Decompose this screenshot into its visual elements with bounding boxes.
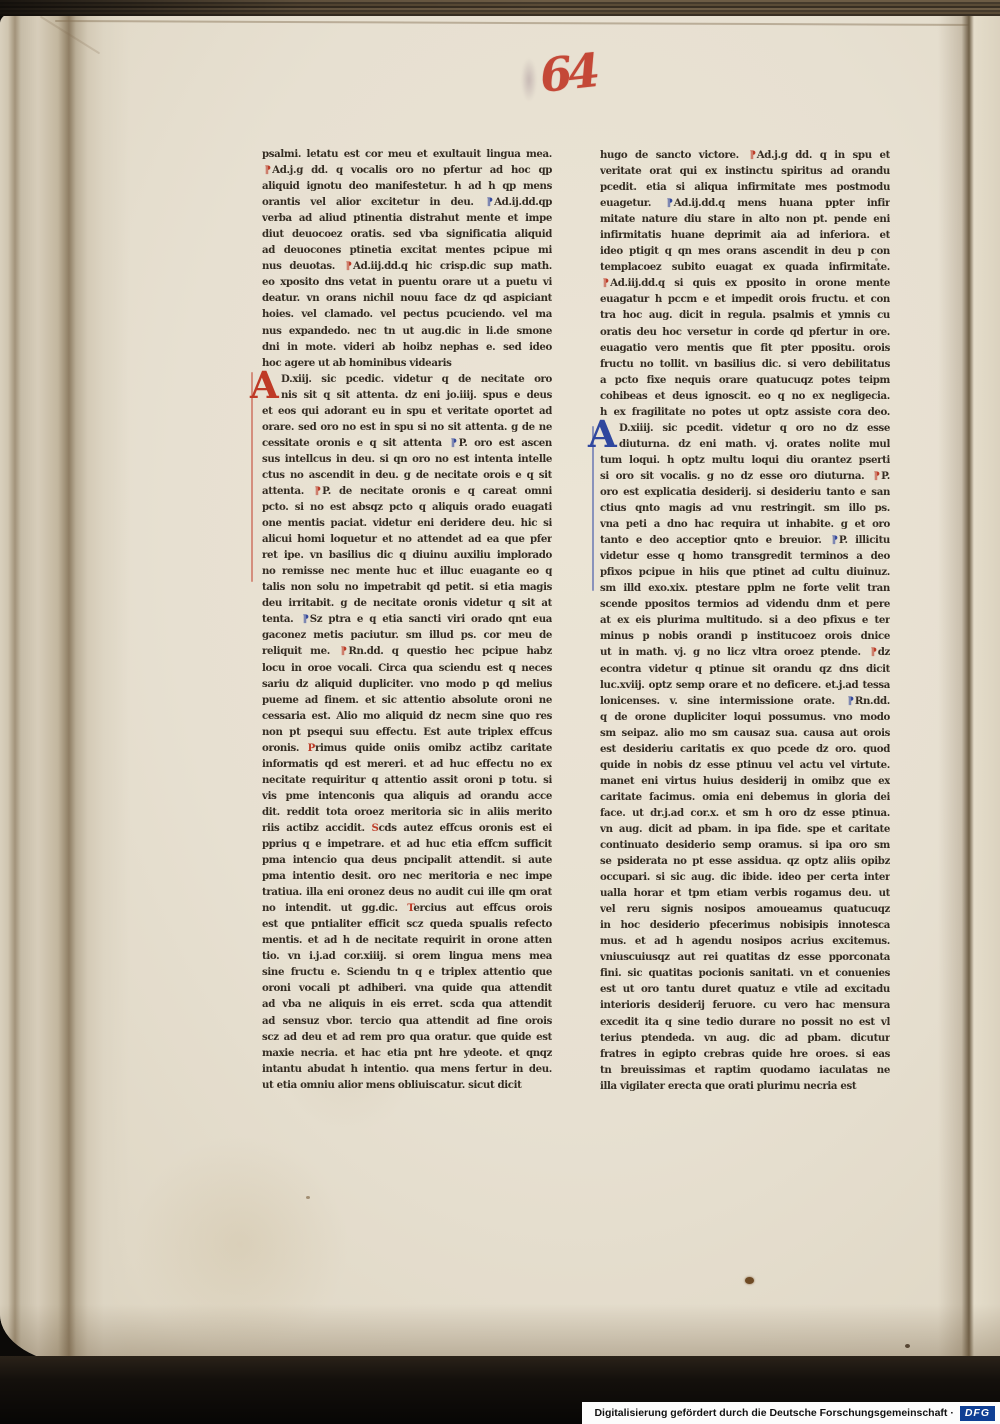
red-pilcrow-icon: ¶ — [871, 468, 881, 484]
text-line: ret ipe. vn basilius dic q diuinu auxili… — [262, 547, 552, 563]
text-line: videtur esse q homo transgredit terminos… — [600, 548, 890, 564]
text-line: scz ad deu et ad rem pro qua oratur. que… — [262, 1029, 552, 1045]
text-line: euagatur h pccm e et impedit orois fruct… — [600, 291, 890, 307]
folio-number: 64 — [537, 43, 598, 103]
text-line: veritate orat qui ex instinctu spiritus … — [600, 163, 890, 179]
text-line: ut etia omniu alior mens obliuiscatur. s… — [262, 1077, 552, 1093]
text-line: ideo ptigit q qn mes orans ascendit in d… — [600, 243, 890, 259]
text-line: attenta. ¶P. de necitate oronis e q care… — [262, 483, 552, 499]
text-line: orantis vel alior excitetur in deu. ¶Ad.… — [262, 194, 552, 210]
text-line: locu in oroe vocali. Circa qua sciendu e… — [262, 660, 552, 676]
text-line: cohibeas et deus ignoscit. eo q no ex ne… — [600, 388, 890, 404]
text-line: informatis qd est mereri. et ad huc effe… — [262, 756, 552, 772]
text-line: continuato desiderio semp oramus. si ipa… — [600, 837, 890, 853]
text-line: pcedit. etia si aliqua infirmitate mes p… — [600, 179, 890, 195]
text-line: est que pntialiter efficit scz queda spu… — [262, 916, 552, 932]
text-line: sm illd exo.xix. ptestare pplm ne forte … — [600, 580, 890, 596]
drop-cap-initial-blue: A — [588, 417, 614, 449]
text-line: no remisse nec mente huc et illuc euagan… — [262, 563, 552, 579]
text-line: deu irritabit. g de necitate oronis vide… — [262, 595, 552, 611]
text-line: sm seipaz. alio mo sm causaz sua. causa … — [600, 725, 890, 741]
text-line: hoc agere ut ab hominibus videaris — [262, 355, 552, 371]
text-line: D.xiij. sic pcedic. videtur q de necitat… — [281, 371, 552, 387]
text-line: templacoez subito euagat ex quada infirm… — [600, 259, 890, 275]
text-line: h ex fragilitate no potes ut optz assist… — [600, 404, 890, 420]
text-line: q de orone dupliciter loqui possumus. vn… — [600, 709, 890, 725]
text-line: oronis. Primus quide oniis omibz actibz … — [262, 740, 552, 756]
blue-pilcrow-icon: ¶ — [845, 693, 855, 709]
blue-pilcrow-icon: ¶ — [448, 435, 458, 451]
text-line: intantu abudat h intentio. qua mens fert… — [262, 1061, 552, 1077]
text-line: si oro sit vocalis. g no dz esse oro diu… — [600, 468, 890, 484]
text-line: vel reru signis nosipos amoueamus quatuc… — [600, 901, 890, 917]
text-line: nus deuotas. ¶Ad.iij.dd.q hic crisp.dic … — [262, 258, 552, 274]
dfg-logo: DFG — [960, 1406, 995, 1421]
text-line: excedit ita q sine tedio durare no possi… — [600, 1014, 890, 1030]
text-line: tio. vn i.j.ad cor.xiiij. si orem lingua… — [262, 948, 552, 964]
text-line: est desideriu caritatis ex quo pcede dz … — [600, 741, 890, 757]
text-line: euagatio vero mentis que fit pter pposit… — [600, 340, 890, 356]
text-line: pcto. si no est absqz pcto q aliquis ora… — [262, 499, 552, 515]
text-line: hugo de sancto victore. ¶Ad.j.g dd. q in… — [600, 147, 890, 163]
red-pilcrow-icon: ¶ — [747, 147, 757, 163]
text-line: tratiua. illa eni oronez deus no audit c… — [262, 884, 552, 900]
text-line: infirmitatis huane deprimit aia ad infer… — [600, 227, 890, 243]
text-line: pprius q e impetrare. et ad huc etia eff… — [262, 836, 552, 852]
text-line: tum loqui. h optz multu loqui diu orante… — [600, 452, 890, 468]
text-line: talis non solu no impetrabit qd petit. s… — [262, 579, 552, 595]
dfg-credit-bar: Digitalisierung gefördert durch die Deut… — [582, 1402, 1000, 1424]
text-line: econtra videtur q ptinue sit orandu qz d… — [600, 661, 890, 677]
text-line: tenta. ¶Sz ptra e q etia sancti viri ora… — [262, 611, 552, 627]
text-line: ut in math. vj. g no licz vltra oroez pt… — [600, 644, 890, 660]
text-line: ualla horar et tpm etiam verbis rogamus … — [600, 885, 890, 901]
blue-pilcrow-icon: ¶ — [300, 611, 310, 627]
text-line: occupari. si sic aug. dic ibide. ideo pe… — [600, 869, 890, 885]
text-line: et eos qui adorant eu in spu et veritate… — [262, 403, 552, 419]
text-line: D.xiiij. sic pcedit. videtur q oro no dz… — [619, 420, 890, 436]
red-pilcrow-icon: ¶ — [868, 644, 878, 660]
text-line: cessaria est. Alio mo aliquid dz necm si… — [262, 708, 552, 724]
blue-pilcrow-icon: ¶ — [829, 532, 839, 548]
text-line: tanto e deo acceptior qnto e breuior. ¶P… — [600, 532, 890, 548]
text-line: minus p nobis orandi p institucoez orois… — [600, 628, 890, 644]
foxing-spot — [306, 1196, 310, 1199]
text-line: hoies. vel clamado. vel pectus pcuciendo… — [262, 306, 552, 322]
gutter-fold-shadow — [0, 14, 130, 1364]
text-line: non pt psequi suu effectu. Est aute trip… — [262, 724, 552, 740]
text-line: gaconez metis paciutur. sm illud ps. cor… — [262, 627, 552, 643]
rubricated-letter: T — [407, 902, 413, 914]
text-line: pueme ad finem. et sic attentio absolute… — [262, 692, 552, 708]
rubricated-letter: P — [308, 742, 315, 754]
text-line: riis actibz accidit. Scds autez effcus o… — [262, 820, 552, 836]
text-line: vn aug. dicit ad pbam. in ipa fide. spe … — [600, 821, 890, 837]
foxing-spot — [905, 1344, 910, 1348]
text-line: dit. reddit tota oroez meritoria sic in … — [262, 804, 552, 820]
text-column-right: hugo de sancto victore. ¶Ad.j.g dd. q in… — [600, 147, 890, 1094]
text-line: deatur. vn orans nichil nouu face dz qd … — [262, 290, 552, 306]
blue-pilcrow-icon: ¶ — [484, 194, 494, 210]
text-column-left: psalmi. letatu est cor meu et exultauit … — [262, 146, 552, 1093]
text-line: fratres in egipto crebras quide hre oroe… — [600, 1046, 890, 1062]
text-line: caritate facimus. omia eni debemus in gl… — [600, 789, 890, 805]
text-line: pma intencio qua deus pncipalit attendit… — [262, 852, 552, 868]
text-line: ad deuocones ptinetia excitat mentes pci… — [262, 242, 552, 258]
text-line: manet eni virtus huius desiderij in omib… — [600, 773, 890, 789]
rubricated-letter: S — [372, 822, 379, 834]
text-line: oro est explicatia desiderij. si desider… — [600, 484, 890, 500]
red-pilcrow-icon: ¶ — [338, 643, 348, 659]
text-line: eo xposito dns vetat in puentu orare ut … — [262, 274, 552, 290]
text-line: ad vba ne aliquis in eis erret. scda qua… — [262, 996, 552, 1012]
text-line: cessitate oronis e q sit attenta ¶P. oro… — [262, 435, 552, 451]
text-line: tn breuissimas et raptim quodamo iaculat… — [600, 1062, 890, 1078]
text-line: one mentis paciat. videtur eni deridere … — [262, 515, 552, 531]
text-line: in hoc desiderio pfecerimus nobisipis in… — [600, 917, 890, 933]
text-line: illa vigilater erecta que orati plurimu … — [600, 1078, 890, 1094]
text-line: nus expandedo. nec tn ut aug.dic in li.d… — [262, 323, 552, 339]
text-line: lonicenses. v. sine intermissione orate.… — [600, 693, 890, 709]
text-line: orare. sed oro no est in spu si no sit a… — [262, 419, 552, 435]
text-line: interioris desiderij feruore. cu vero ha… — [600, 997, 890, 1013]
page-fold-right — [938, 14, 1000, 1364]
text-line: ¶Ad.iij.dd.q si quis ex pposito in orone… — [600, 275, 890, 291]
text-line: mentis. et ad h de necitate requirit in … — [262, 932, 552, 948]
text-line: diut deuocoez oratis. sed vba significat… — [262, 226, 552, 242]
text-line: sariu dz aliquid dupliciter. vno modo p … — [262, 676, 552, 692]
red-pilcrow-icon: ¶ — [343, 258, 353, 274]
text-line: a pcto fixe nequis orare quatucuqz potes… — [600, 372, 890, 388]
ink-smudge — [521, 58, 537, 102]
leaf-edge-line — [55, 20, 985, 26]
text-line: mus. et ad h agendu nosipos acrius excit… — [600, 933, 890, 949]
text-line: ¶Ad.j.g dd. q vocalis oro no pfertur ad … — [262, 162, 552, 178]
text-line: euagetur. ¶Ad.ij.dd.q mens huana ppter i… — [600, 195, 890, 211]
text-line: alicui homi loquetur et no attendet ad e… — [262, 531, 552, 547]
page-bottom-shadow — [0, 1304, 1000, 1364]
red-pilcrow-icon: ¶ — [262, 162, 272, 178]
text-line: se psiderata no pt esse assidua. qz optz… — [600, 853, 890, 869]
text-line: vniuscuiusqz aut rei quatitas dz esse pp… — [600, 949, 890, 965]
text-line: fini. sic quatitas pocionis sanitati. vn… — [600, 965, 890, 981]
text-line: aliquid ignotu deo manifestetur. h ad h … — [262, 178, 552, 194]
text-line: sus intellcus in deu. si qn oro no est i… — [262, 451, 552, 467]
text-line: diuturna. dz eni math. vj. orates nolite… — [619, 436, 890, 452]
foxing-spot — [745, 1277, 754, 1284]
text-line: tra hoc aug. dicit in regula. psalmis et… — [600, 307, 890, 323]
text-line: luc.xviij. optz semp orare et no deficer… — [600, 677, 890, 693]
text-line: ad sensuz vbor. tercio qua attendit ad f… — [262, 1013, 552, 1029]
drop-cap-initial-red: A — [250, 368, 276, 400]
text-line: mitate nature diu stare in alto non pt. … — [600, 211, 890, 227]
text-line: reliquit me. ¶Rn.dd. q questio hec pcipu… — [262, 643, 552, 659]
text-line: dni in mote. videri ab hoibz nephas e. s… — [262, 339, 552, 355]
text-line: sine fructu e. Sciendu tn q e triplex at… — [262, 964, 552, 980]
text-line: at ex eis plurima multitudo. si a deo pf… — [600, 612, 890, 628]
text-line: verba ad aliud ptinentia distrahut mente… — [262, 210, 552, 226]
credit-text: Digitalisierung gefördert durch die Deut… — [594, 1407, 953, 1419]
text-line: no intendit. ut gg.dic. Tercius aut effc… — [262, 900, 552, 916]
text-line: quide in nobis dz esse ptinuu vel actu v… — [600, 757, 890, 773]
text-line: psalmi. letatu est cor meu et exultauit … — [262, 146, 552, 162]
text-line: necitate requiritur q attentio assit oro… — [262, 772, 552, 788]
red-pilcrow-icon: ¶ — [312, 483, 322, 499]
text-line: vna peti a dno hac requira ut inhabite. … — [600, 516, 890, 532]
blue-pilcrow-icon: ¶ — [664, 195, 674, 211]
text-line: fructu no tollit. vn basilius dic. si ve… — [600, 356, 890, 372]
text-line: face. ut dr.j.ad cor.x. et sm h oro dz e… — [600, 805, 890, 821]
text-line: pfixos pcipue in hiis que ptinet ad cult… — [600, 564, 890, 580]
text-line: terius ptendeda. vn aug. dic ad pbam. di… — [600, 1030, 890, 1046]
text-line: vis pme intenconis qua aliquis ad orandu… — [262, 788, 552, 804]
text-line: nis sit q sit attenta. dz eni jo.iiij. s… — [281, 387, 552, 403]
text-line: maxie necria. et hac etia pnt hre ydeote… — [262, 1045, 552, 1061]
text-line: ctus no ascendit in deu. g de necitate o… — [262, 467, 552, 483]
book-edge-top — [0, 0, 1000, 16]
text-line: est ut oro tantu duret quatuz e vtile ad… — [600, 981, 890, 997]
text-line: pma intentio desit. oro nec meritoria e … — [262, 868, 552, 884]
red-pilcrow-icon: ¶ — [600, 275, 610, 291]
text-line: oroni vocali pt adhiberi. vna quide qua … — [262, 980, 552, 996]
foxing-spot — [875, 258, 878, 261]
manuscript-scan: 64 psalmi. letatu est cor meu et exultau… — [0, 0, 1000, 1424]
text-line: oratis deu hoc versetur in corde qd pfer… — [600, 324, 890, 340]
text-line: scende ppositos termios ad videndu dnm e… — [600, 596, 890, 612]
text-line: ctius qnto magis ad vnu restringit. sm i… — [600, 500, 890, 516]
